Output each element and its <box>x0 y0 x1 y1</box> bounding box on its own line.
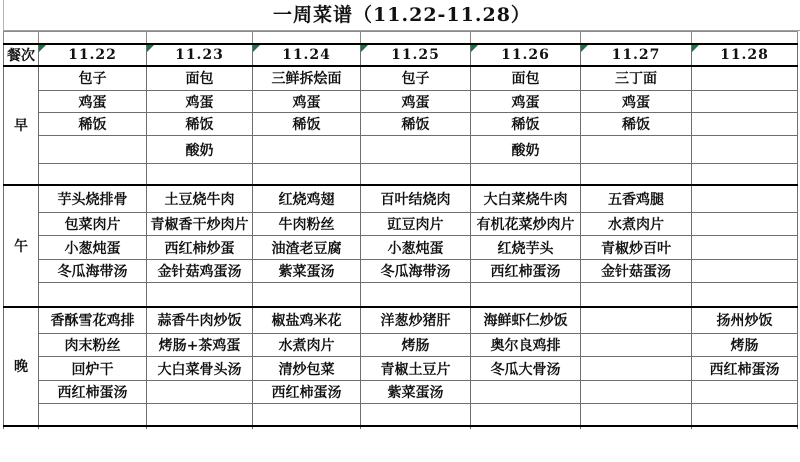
menu-cell[interactable] <box>581 136 692 164</box>
menu-cell[interactable]: 青椒土豆片 <box>361 357 471 381</box>
menu-cell[interactable]: 水煮肉片 <box>581 213 692 236</box>
menu-cell[interactable]: 有机花菜炒肉片 <box>471 213 581 236</box>
green-corner-flag-icon <box>581 45 588 52</box>
menu-cell[interactable] <box>39 404 147 426</box>
menu-cell[interactable] <box>39 164 147 185</box>
menu-cell[interactable]: 酸奶 <box>471 136 581 164</box>
menu-cell[interactable] <box>471 404 581 426</box>
menu-cell[interactable] <box>581 334 692 357</box>
menu-cell[interactable]: 三鲜拆烩面 <box>253 66 361 91</box>
menu-cell[interactable]: 包子 <box>361 66 471 91</box>
menu-cell[interactable]: 扬州炒饭 <box>692 307 798 334</box>
header-cell-date[interactable]: 11.23 <box>147 44 253 66</box>
menu-cell[interactable]: 土豆烧牛肉 <box>147 185 253 213</box>
menu-cell[interactable]: 冬瓜大骨汤 <box>471 357 581 381</box>
menu-cell[interactable]: 面包 <box>471 66 581 91</box>
menu-cell[interactable] <box>692 113 798 136</box>
menu-cell[interactable]: 清炒包菜 <box>253 357 361 381</box>
header-cell-date[interactable]: 11.22 <box>39 44 147 66</box>
menu-cell[interactable] <box>581 307 692 334</box>
menu-cell[interactable]: 海鲜虾仁炒饭 <box>471 307 581 334</box>
date-label: 11.26 <box>501 47 550 63</box>
spacer-cell[interactable] <box>4 32 39 44</box>
spreadsheet-view: 一周菜谱（11.22-11.28） 餐次11.2211.2311.2411.25… <box>0 0 800 462</box>
cutoff-row-cell[interactable] <box>39 426 147 429</box>
meal-label-breakfast[interactable]: 早 <box>4 66 39 185</box>
menu-cell[interactable] <box>253 404 361 426</box>
menu-cell[interactable]: 西红柿蛋汤 <box>39 381 147 404</box>
menu-cell[interactable] <box>361 136 471 164</box>
menu-cell[interactable] <box>361 404 471 426</box>
spacer-cell[interactable] <box>581 32 692 44</box>
meal-label-lunch[interactable]: 午 <box>4 185 39 307</box>
menu-cell[interactable] <box>147 381 253 404</box>
menu-cell[interactable]: 回炉干 <box>39 357 147 381</box>
menu-cell[interactable]: 稀饭 <box>39 113 147 136</box>
menu-cell[interactable] <box>147 283 253 307</box>
menu-cell[interactable] <box>253 136 361 164</box>
menu-cell[interactable] <box>253 164 361 185</box>
header-cell-date[interactable]: 11.24 <box>253 44 361 66</box>
menu-cell[interactable]: 豇豆肉片 <box>361 213 471 236</box>
menu-cell[interactable]: 烤肠 <box>361 334 471 357</box>
menu-cell[interactable] <box>692 136 798 164</box>
menu-cell[interactable]: 冬瓜海带汤 <box>39 260 147 283</box>
menu-cell[interactable] <box>581 404 692 426</box>
menu-cell[interactable]: 西红柿蛋汤 <box>692 357 798 381</box>
menu-cell[interactable] <box>692 260 798 283</box>
menu-cell[interactable]: 稀饭 <box>471 113 581 136</box>
spacer-cell[interactable] <box>471 32 581 44</box>
menu-cell[interactable]: 红烧鸡翅 <box>253 185 361 213</box>
date-label: 11.23 <box>175 47 224 63</box>
menu-cell[interactable]: 百叶结烧肉 <box>361 185 471 213</box>
menu-cell[interactable]: 水煮肉片 <box>253 334 361 357</box>
menu-cell[interactable]: 肉末粉丝 <box>39 334 147 357</box>
menu-cell[interactable]: 三丁面 <box>581 66 692 91</box>
green-corner-flag-icon <box>39 45 46 52</box>
menu-cell[interactable]: 西红柿蛋汤 <box>253 381 361 404</box>
cutoff-row-cell[interactable] <box>4 426 39 429</box>
menu-cell[interactable]: 鸡蛋 <box>581 91 692 113</box>
menu-cell[interactable] <box>471 283 581 307</box>
menu-cell[interactable] <box>581 381 692 404</box>
menu-cell[interactable] <box>253 283 361 307</box>
menu-cell[interactable] <box>581 357 692 381</box>
menu-cell[interactable]: 西红柿蛋汤 <box>471 260 581 283</box>
menu-cell[interactable] <box>692 185 798 213</box>
menu-cell[interactable]: 烤肠 <box>692 334 798 357</box>
date-label: 11.27 <box>612 47 661 63</box>
menu-cell[interactable]: 稀饭 <box>147 113 253 136</box>
green-corner-flag-icon <box>692 45 699 52</box>
green-corner-flag-icon <box>147 45 154 52</box>
menu-cell[interactable]: 洋葱炒猪肝 <box>361 307 471 334</box>
menu-cell[interactable]: 包子 <box>39 66 147 91</box>
menu-cell[interactable]: 五香鸡腿 <box>581 185 692 213</box>
menu-cell[interactable] <box>581 283 692 307</box>
menu-cell[interactable] <box>692 91 798 113</box>
menu-cell[interactable]: 青椒香干炒肉片 <box>147 213 253 236</box>
menu-cell[interactable]: 鸡蛋 <box>253 91 361 113</box>
menu-cell[interactable] <box>471 381 581 404</box>
menu-cell[interactable] <box>361 283 471 307</box>
date-label: 11.25 <box>391 47 440 63</box>
menu-cell[interactable] <box>692 213 798 236</box>
date-label: 11.24 <box>282 47 331 63</box>
meal-label-dinner[interactable]: 晚 <box>4 307 39 426</box>
menu-cell[interactable]: 稀饭 <box>581 113 692 136</box>
cutoff-row-cell[interactable] <box>581 426 692 429</box>
cutoff-row-cell[interactable] <box>471 426 581 429</box>
menu-cell[interactable]: 金针菇蛋汤 <box>581 260 692 283</box>
header-cell-meal[interactable]: 餐次 <box>4 44 39 66</box>
menu-cell[interactable] <box>692 66 798 91</box>
date-label: 11.28 <box>720 47 769 63</box>
spacer-cell[interactable] <box>692 32 798 44</box>
weekly-menu-table: 餐次11.2211.2311.2411.2511.2611.2711.28早包子… <box>0 31 800 429</box>
menu-cell[interactable]: 稀饭 <box>361 113 471 136</box>
menu-cell[interactable]: 鸡蛋 <box>39 91 147 113</box>
menu-cell[interactable] <box>692 236 798 260</box>
date-label: 11.22 <box>68 47 117 63</box>
menu-cell[interactable]: 烤肠+茶鸡蛋 <box>147 334 253 357</box>
header-cell-date[interactable]: 11.28 <box>692 44 798 66</box>
menu-cell[interactable] <box>361 164 471 185</box>
menu-cell[interactable]: 金针菇鸡蛋汤 <box>147 260 253 283</box>
menu-cell[interactable]: 大白菜骨头汤 <box>147 357 253 381</box>
menu-cell[interactable]: 椒盐鸡米花 <box>253 307 361 334</box>
cutoff-row-cell[interactable] <box>692 426 798 429</box>
menu-cell[interactable] <box>581 164 692 185</box>
header-cell-date[interactable]: 11.27 <box>581 44 692 66</box>
menu-cell[interactable] <box>692 404 798 426</box>
menu-cell[interactable] <box>39 136 147 164</box>
menu-cell[interactable]: 稀饭 <box>253 113 361 136</box>
menu-cell[interactable]: 大白菜烧牛肉 <box>471 185 581 213</box>
menu-cell[interactable]: 小葱炖蛋 <box>361 236 471 260</box>
menu-cell[interactable]: 包菜肉片 <box>39 213 147 236</box>
menu-cell[interactable] <box>147 164 253 185</box>
green-corner-flag-icon <box>361 45 368 52</box>
menu-cell[interactable] <box>147 404 253 426</box>
menu-cell[interactable]: 鸡蛋 <box>471 91 581 113</box>
spacer-cell[interactable] <box>39 32 147 44</box>
menu-cell[interactable]: 奥尔良鸡排 <box>471 334 581 357</box>
cutoff-row-cell[interactable] <box>147 426 253 429</box>
menu-cell[interactable]: 香酥雪花鸡排 <box>39 307 147 334</box>
header-cell-date[interactable]: 11.25 <box>361 44 471 66</box>
menu-cell[interactable] <box>471 164 581 185</box>
cutoff-row-cell[interactable] <box>361 426 471 429</box>
menu-cell[interactable]: 西红柿炒蛋 <box>147 236 253 260</box>
menu-cell[interactable]: 紫菜蛋汤 <box>253 260 361 283</box>
menu-cell[interactable]: 小葱炖蛋 <box>39 236 147 260</box>
menu-cell[interactable] <box>692 164 798 185</box>
menu-cell[interactable]: 青椒炒百叶 <box>581 236 692 260</box>
menu-cell[interactable]: 蒜香牛肉炒饭 <box>147 307 253 334</box>
spacer-cell[interactable] <box>361 32 471 44</box>
menu-cell[interactable]: 鸡蛋 <box>361 91 471 113</box>
green-corner-flag-icon <box>253 45 260 52</box>
spacer-cell[interactable] <box>147 32 253 44</box>
title-cell[interactable]: 一周菜谱（11.22-11.28） <box>3 0 800 31</box>
menu-cell[interactable]: 酸奶 <box>147 136 253 164</box>
menu-cell[interactable]: 冬瓜海带汤 <box>361 260 471 283</box>
menu-cell[interactable]: 鸡蛋 <box>147 91 253 113</box>
menu-cell[interactable] <box>692 283 798 307</box>
menu-cell[interactable]: 芋头烧排骨 <box>39 185 147 213</box>
menu-cell[interactable]: 牛肉粉丝 <box>253 213 361 236</box>
header-cell-date[interactable]: 11.26 <box>471 44 581 66</box>
menu-cell[interactable] <box>39 283 147 307</box>
menu-cell[interactable] <box>692 381 798 404</box>
spacer-cell[interactable] <box>253 32 361 44</box>
green-corner-flag-icon <box>471 45 478 52</box>
menu-cell[interactable]: 紫菜蛋汤 <box>361 381 471 404</box>
cutoff-row-cell[interactable] <box>253 426 361 429</box>
menu-cell[interactable]: 油渣老豆腐 <box>253 236 361 260</box>
menu-cell[interactable]: 红烧芋头 <box>471 236 581 260</box>
menu-cell[interactable]: 面包 <box>147 66 253 91</box>
